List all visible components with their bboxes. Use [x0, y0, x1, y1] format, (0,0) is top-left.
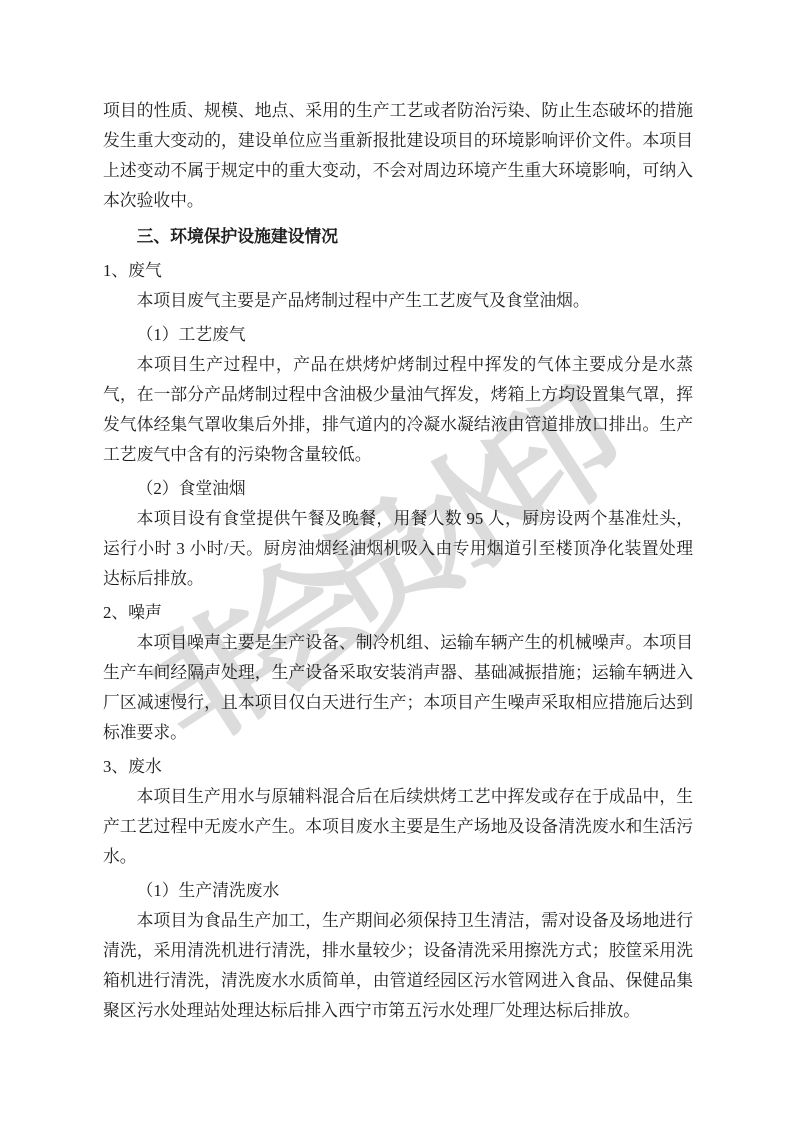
list-item-waste-gas: 1、废气 — [103, 256, 693, 286]
list-item-noise: 2、噪声 — [103, 598, 693, 628]
list-subitem-canteen-fumes: （2）食堂油烟 — [103, 474, 693, 504]
paragraph-wastewater-intro: 本项目生产用水与原辅料混合后在后续烘烤工艺中挥发或存在于成品中，生产工艺过程中无… — [103, 782, 693, 872]
paragraph-waste-gas-intro: 本项目废气主要是产品烤制过程中产生工艺废气及食堂油烟。 — [103, 286, 693, 316]
document-body: 项目的性质、规模、地点、采用的生产工艺或者防治污染、防止生态破坏的措施发生重大变… — [103, 96, 693, 1026]
paragraph-production-cleaning-wastewater: 本项目为食品生产加工，生产期间必须保持卫生清洁，需对设备及场地进行清洗，采用清洗… — [103, 906, 693, 1026]
paragraph-canteen-fumes: 本项目设有食堂提供午餐及晚餐，用餐人数 95 人，厨房设两个基准灶头，运行小时 … — [103, 504, 693, 594]
paragraph-noise: 本项目噪声主要是生产设备、制冷机组、运输车辆产生的机械噪声。本项目生产车间经隔声… — [103, 628, 693, 748]
list-subitem-process-waste-gas: （1）工艺废气 — [103, 320, 693, 350]
paragraph-major-change-policy: 项目的性质、规模、地点、采用的生产工艺或者防治污染、防止生态破坏的措施发生重大变… — [103, 96, 693, 216]
paragraph-process-waste-gas: 本项目生产过程中，产品在烘烤炉烤制过程中挥发的气体主要成分是水蒸气，在一部分产品… — [103, 350, 693, 470]
list-subitem-production-cleaning-wastewater: （1）生产清洗废水 — [103, 876, 693, 906]
document-page: 非会员水印 项目的性质、规模、地点、采用的生产工艺或者防治污染、防止生态破坏的措… — [0, 0, 793, 1122]
list-item-wastewater: 3、废水 — [103, 752, 693, 782]
section-heading-env-protection-facilities: 三、环境保护设施建设情况 — [103, 222, 693, 252]
